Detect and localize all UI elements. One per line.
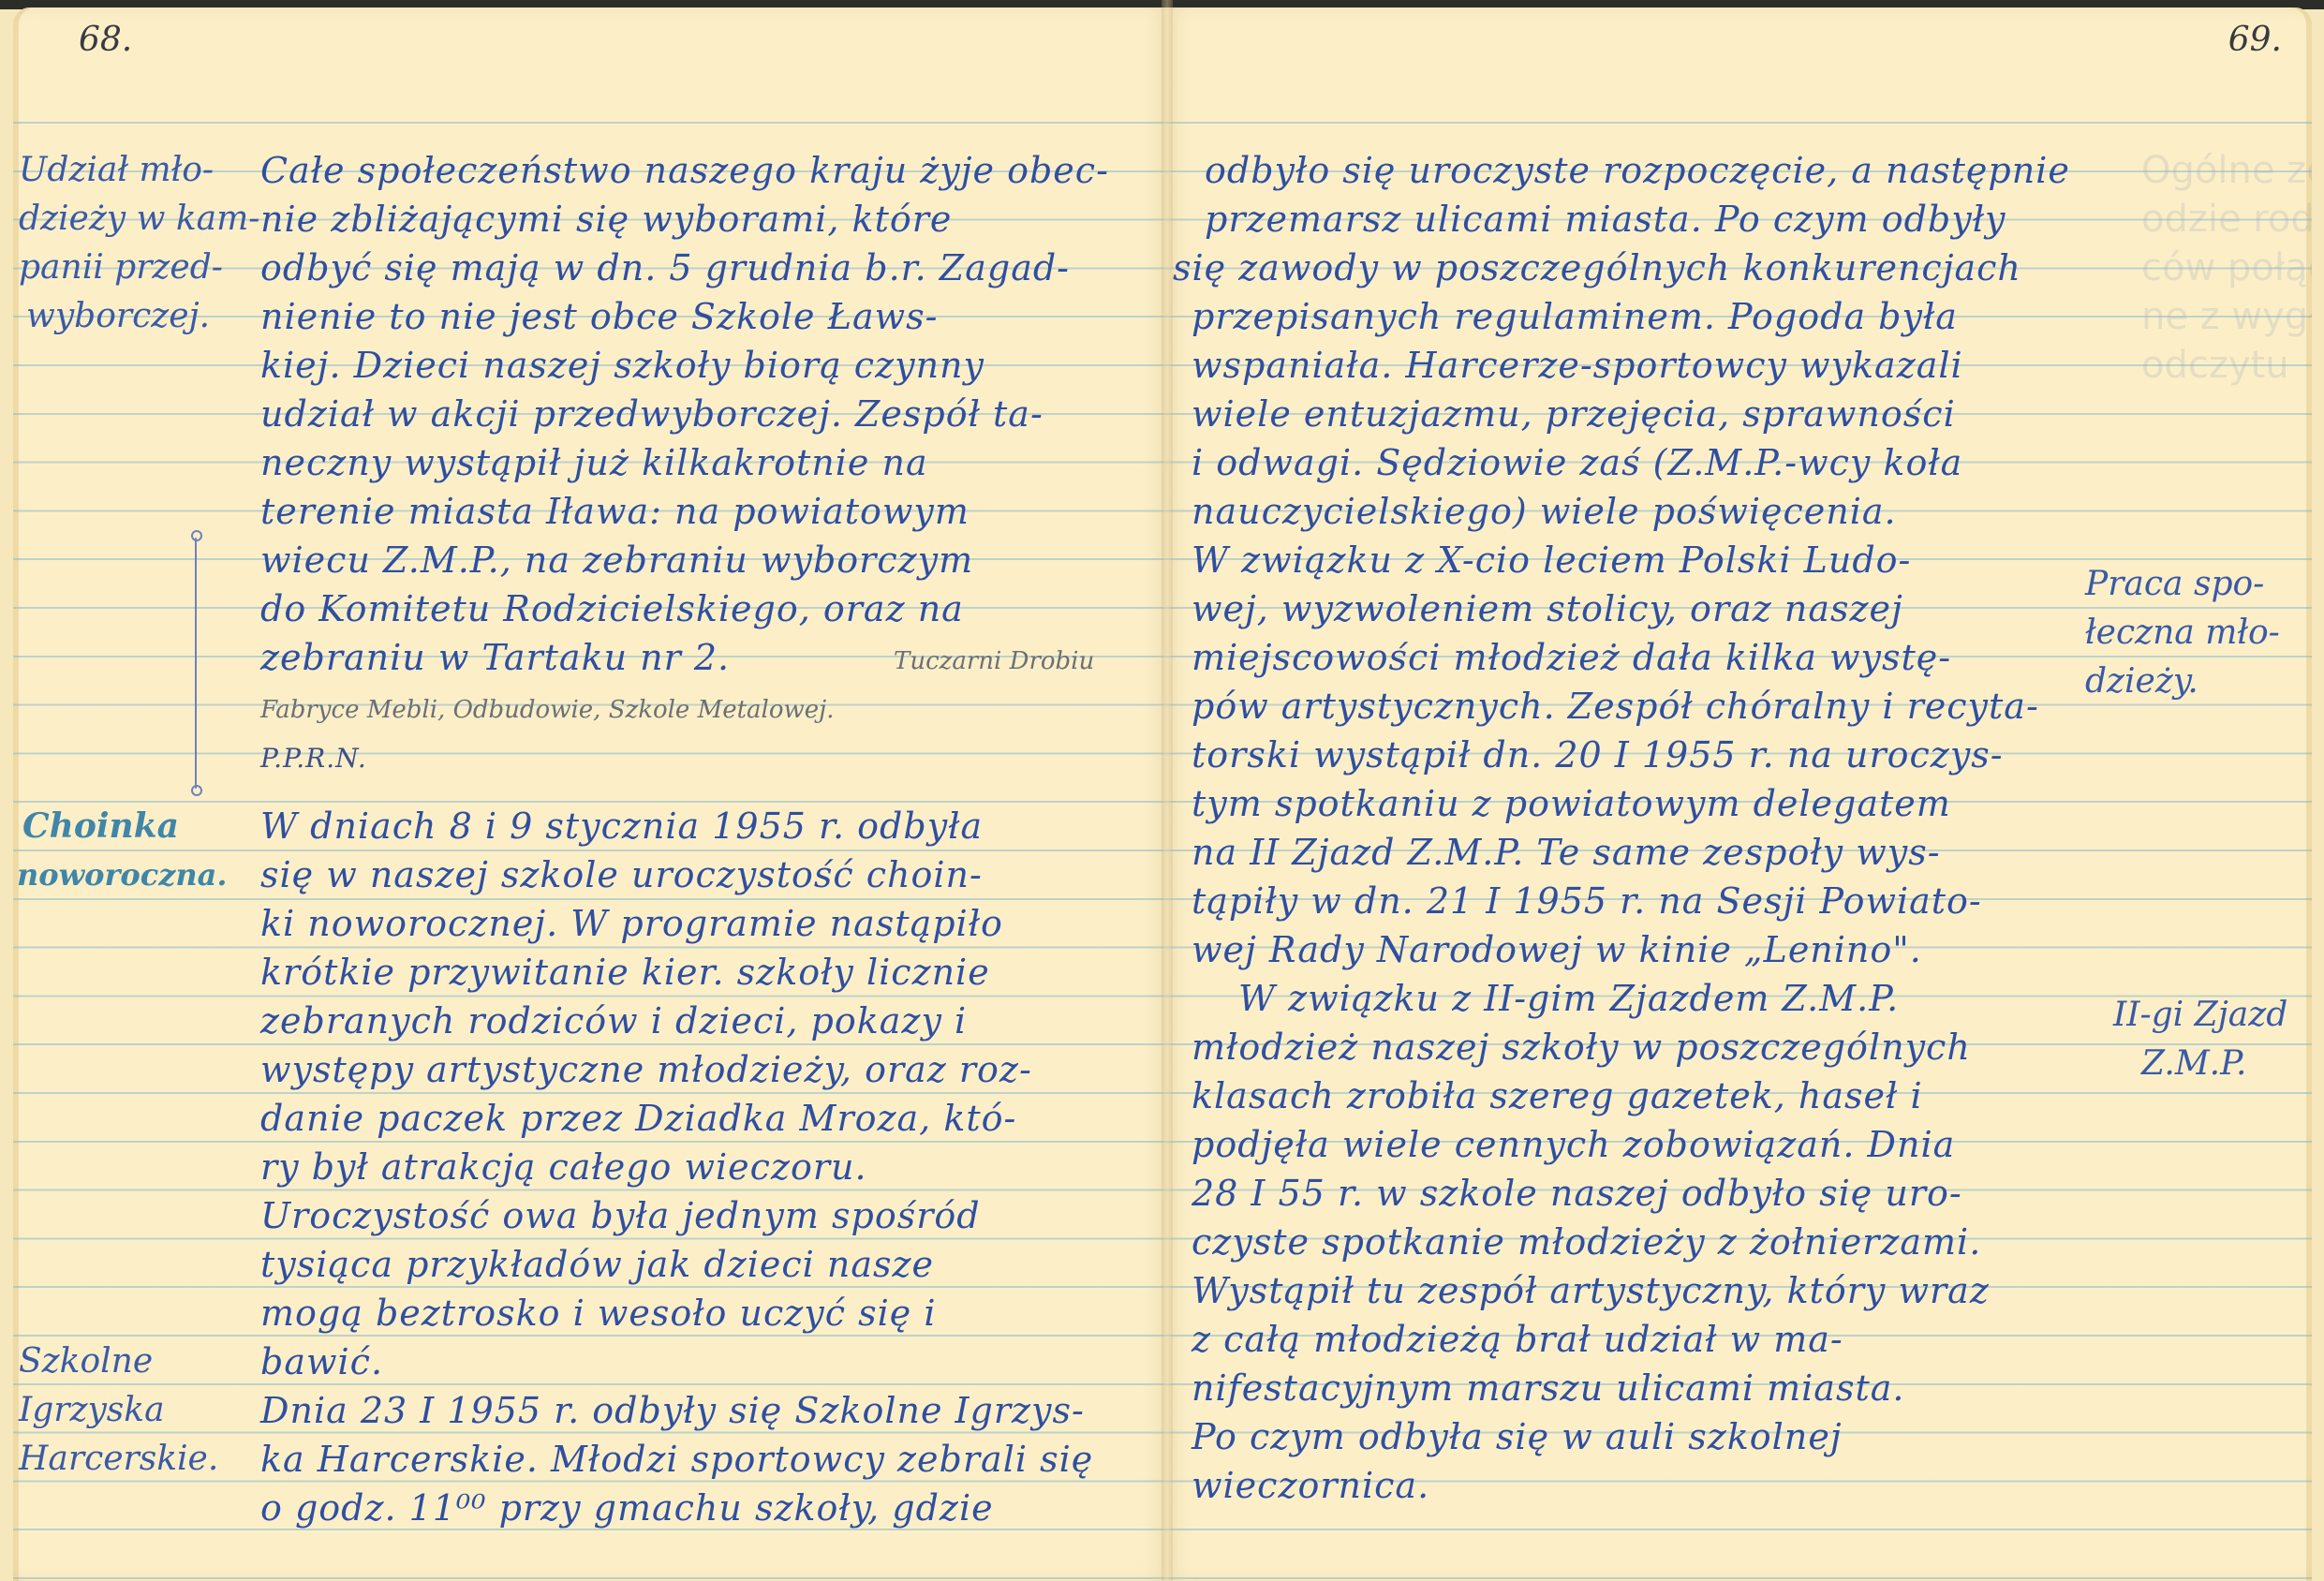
margin-note-election: wyborczej.: [26, 292, 210, 341]
body-line: odbyć się mają w dn. 5 grudnia b.r. Zaga…: [260, 244, 1070, 292]
body-line: W związku z II-gim Zjazdem Z.M.P.: [1238, 974, 1899, 1023]
margin-note-election: dzieży w kam-: [19, 195, 259, 244]
pencil-addition: Tuczarni Drobiu: [894, 637, 1094, 686]
bleed-through-text: ców połączo: [2141, 244, 2312, 292]
body-line: Dnia 23 I 1955 r. odbyły się Szkolne Igr…: [260, 1386, 1085, 1435]
body-line: miejscowości młodzież dała kilka wystę-: [1192, 633, 1951, 682]
body-line: do Komitetu Rodzicielskiego, oraz na: [260, 584, 964, 633]
margin-note-social-work: łeczna mło-: [2085, 609, 2280, 658]
body-line: terenie miasta Iława: na powiatowym: [260, 487, 970, 536]
body-line: młodzież naszej szkoły w poszczególnych: [1192, 1023, 1971, 1071]
body-line: podjęła wiele cennych zobowiązań. Dnia: [1192, 1120, 1955, 1169]
body-line: Uroczystość owa była jednym spośród: [260, 1191, 981, 1240]
body-line: zebraniu w Tartaku nr 2.: [260, 633, 730, 682]
body-line: się w naszej szkole uroczystość choin-: [260, 850, 983, 899]
body-line: klasach zrobiła szereg gazetek, haseł i: [1192, 1071, 1923, 1120]
body-line: ry był atrakcją całego wieczoru.: [260, 1143, 867, 1191]
body-line: W dniach 8 i 9 stycznia 1955 r. odbyła: [260, 802, 983, 850]
body-line: udział w akcji przedwyborczej. Zespół ta…: [260, 390, 1044, 438]
book-gutter: [1162, 0, 1173, 1581]
body-line: Wystąpił tu zespół artystyczny, który wr…: [1192, 1266, 1990, 1315]
body-line: występy artystyczne młodzieży, oraz roz-: [260, 1045, 1032, 1094]
body-line: ka Harcerskie. Młodzi sportowcy zebrali …: [260, 1435, 1093, 1484]
margin-note-election: panii przed-: [19, 244, 223, 292]
margin-note-zmp-congress: II-gi Zjazd: [2113, 991, 2287, 1040]
body-line: wej Rady Narodowej w kinie „Lenino".: [1192, 925, 1922, 974]
margin-note-christmas-tree: noworoczna.: [17, 850, 228, 899]
body-line: neczny wystąpił już kilkakrotnie na: [260, 438, 928, 487]
body-line: Całe społeczeństwo naszego kraju żyje ob…: [260, 146, 1109, 195]
body-line: przepisanych regulaminem. Pogoda była: [1192, 292, 1958, 341]
body-line: tąpiły w dn. 21 I 1955 r. na Sesji Powia…: [1192, 877, 1982, 925]
margin-note-scout-games: Harcerskie.: [19, 1435, 218, 1484]
bleed-through-text: ne z wygłos: [2141, 292, 2312, 341]
body-line: kiej. Dzieci naszej szkoły biorą czynny: [260, 341, 984, 390]
margin-note-zmp-congress: Z.M.P.: [2141, 1040, 2247, 1088]
body-line: wiecu Z.M.P., na zebraniu wyborczym: [260, 536, 973, 584]
page-number: 69.: [2228, 21, 2282, 59]
body-line: krótkie przywitanie kier. szkoły licznie: [260, 948, 990, 997]
left-page: 68. Udział mło- dzieży w kam- panii prze…: [13, 7, 1167, 1581]
body-line-initials: P.P.R.N.: [260, 734, 367, 783]
body-line: wiele entuzjazmu, przejęcia, sprawności: [1192, 390, 1956, 438]
body-line: tysiąca przykładów jak dzieci nasze: [260, 1240, 934, 1289]
notebook-spread: 68. Udział mło- dzieży w kam- panii prze…: [0, 0, 2324, 1581]
body-line: zebranych rodziców i dzieci, pokazy i: [260, 997, 967, 1045]
body-line: przemarsz ulicami miasta. Po czym odbyły: [1205, 195, 2006, 244]
margin-note-social-work: dzieży.: [2085, 658, 2198, 706]
right-page: 69. Ogólne zeb odzie rodz ców połączo ne…: [1167, 7, 2312, 1581]
body-line: z całą młodzieżą brał udział w ma-: [1192, 1315, 1843, 1364]
bleed-through-text: Ogólne zeb: [2141, 146, 2312, 195]
body-line: torski wystąpił dn. 20 I 1955 r. na uroc…: [1192, 731, 2004, 779]
body-line: Po czym odbyła się w auli szkolnej: [1192, 1412, 1843, 1461]
body-line: czyste spotkanie młodzieży z żołnierzami…: [1192, 1218, 1981, 1266]
body-line: nifestacyjnym marszu ulicami miasta.: [1192, 1364, 1904, 1412]
margin-note-election: Udział mło-: [19, 146, 214, 195]
body-line: wej, wyzwoleniem stolicy, oraz naszej: [1192, 584, 1903, 633]
margin-note-christmas-tree: Choinka: [22, 802, 179, 850]
body-line: tym spotkaniu z powiatowym delegatem: [1192, 779, 1951, 828]
page-number: 68.: [79, 21, 132, 59]
body-line: nauczycielskiego) wiele poświęcenia.: [1192, 487, 1897, 536]
body-line: na II Zjazd Z.M.P. Te same zespoły wys-: [1192, 828, 1941, 877]
body-line: nie zbliżającymi się wyborami, które: [260, 195, 952, 244]
body-line: mogą beztrosko i wesoło uczyć się i: [260, 1289, 937, 1337]
margin-note-scout-games: Szkolne: [19, 1337, 153, 1386]
margin-note-scout-games: Igrzyska: [19, 1386, 165, 1435]
pencil-addition: Fabryce Mebli, Odbudowie, Szkole Metalow…: [260, 686, 834, 734]
body-line: W związku z X-cio leciem Polski Ludo-: [1192, 536, 1911, 584]
body-line: ki noworocznej. W programie nastąpiło: [260, 899, 1003, 948]
body-line: nienie to nie jest obce Szkole Ławs-: [260, 292, 939, 341]
body-line: się zawody w poszczególnych konkurencjac…: [1173, 244, 2021, 292]
margin-bracket-line: [195, 538, 197, 789]
body-line: 28 I 55 r. w szkole naszej odbyło się ur…: [1192, 1169, 1962, 1218]
body-line: wspaniała. Harcerze-sportowcy wykazali: [1192, 341, 1963, 390]
margin-note-social-work: Praca spo-: [2085, 560, 2264, 609]
bleed-through-text: odzie rodz: [2141, 195, 2312, 244]
body-line: i odwagi. Sędziowie zaś (Z.M.P.-wcy koła: [1192, 438, 1962, 487]
body-line: o godz. 11⁰⁰ przy gmachu szkoły, gdzie: [260, 1484, 994, 1532]
body-line: bawić.: [260, 1337, 383, 1386]
body-line: pów artystycznych. Zespół chóralny i rec…: [1192, 682, 2039, 731]
bleed-through-text: odczytu: [2141, 341, 2289, 390]
body-line: odbyło się uroczyste rozpoczęcie, a nast…: [1205, 146, 2070, 195]
body-line: danie paczek przez Dziadka Mroza, któ-: [260, 1094, 1016, 1143]
body-line: wieczornica.: [1192, 1461, 1429, 1510]
